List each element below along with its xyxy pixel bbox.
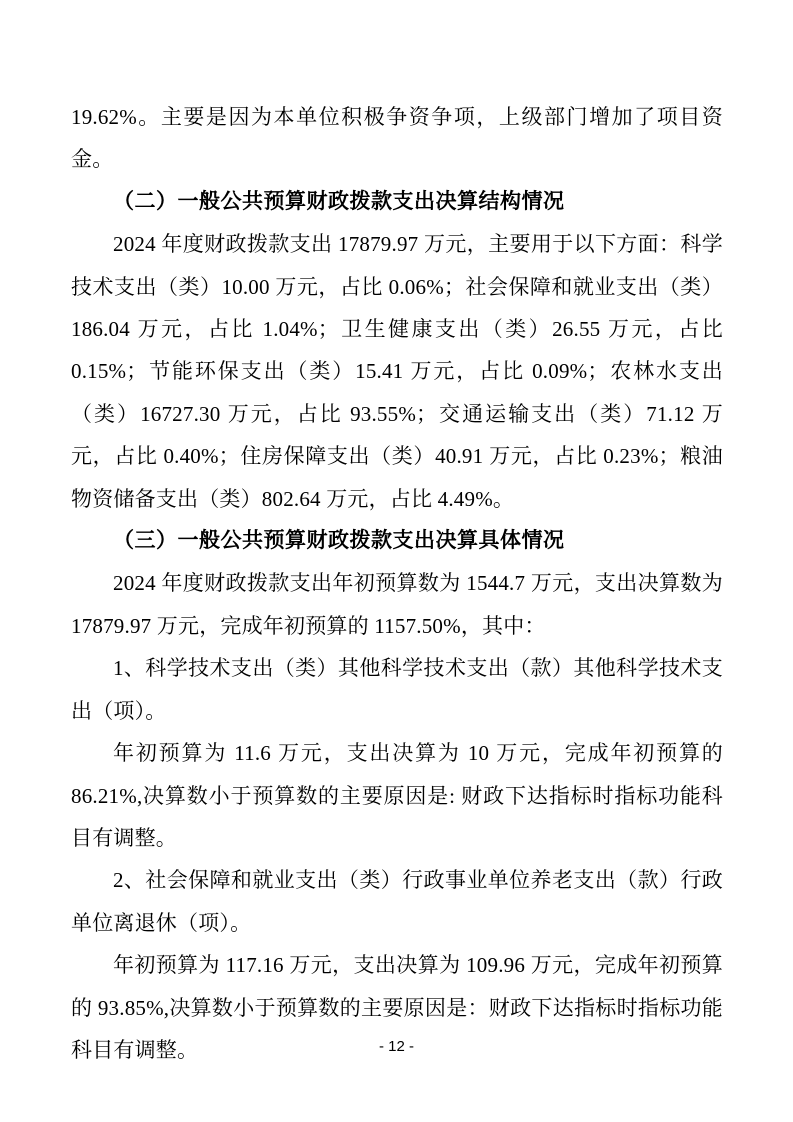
paragraph-continuation: 19.62%。主要是因为本单位积极争资争项，上级部门增加了项目资金。 <box>71 96 723 181</box>
document-page: 19.62%。主要是因为本单位积极争资争项，上级部门增加了项目资金。 （二）一般… <box>0 0 793 1122</box>
paragraph-item-1-detail: 年初预算为 11.6 万元，支出决算为 10 万元，完成年初预算的 86.21%… <box>71 732 723 859</box>
section-heading-structure: （二）一般公共预算财政拨款支出决算结构情况 <box>71 181 723 223</box>
paragraph-budget-summary: 2024 年度财政拨款支出年初预算数为 1544.7 万元，支出决算数为 178… <box>71 562 723 647</box>
document-body: 19.62%。主要是因为本单位积极争资争项，上级部门增加了项目资金。 （二）一般… <box>71 96 723 1071</box>
section-heading-detail: （三）一般公共预算财政拨款支出决算具体情况 <box>71 520 723 562</box>
page-number: - 12 - <box>379 1038 414 1055</box>
paragraph-expenditure-structure: 2024 年度财政拨款支出 17879.97 万元，主要用于以下方面：科学技术支… <box>71 223 723 520</box>
paragraph-item-2-title: 2、社会保障和就业支出（类）行政事业单位养老支出（款）行政单位离退休（项）。 <box>71 859 723 944</box>
page-footer: - 12 - <box>0 1036 793 1058</box>
paragraph-item-1-title: 1、科学技术支出（类）其他科学技术支出（款）其他科学技术支出（项）。 <box>71 647 723 732</box>
